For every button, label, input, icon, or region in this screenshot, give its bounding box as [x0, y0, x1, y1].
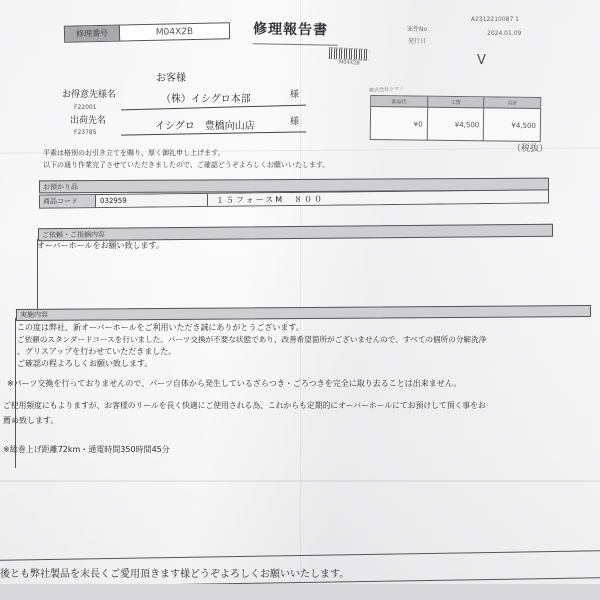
price-column-total: 合計 — [484, 97, 540, 108]
account-code: F22001 — [74, 104, 97, 111]
work-line-2: ご依頼のスタンダードコースを行いました。パーツ交換が不要な状態であり、改善希望箇… — [17, 334, 486, 345]
repair-number-value: M04X2B — [120, 23, 229, 40]
product-code-value: 032959 — [96, 194, 208, 207]
account-honorific: 様 — [290, 87, 299, 100]
ship-to-underline — [121, 131, 306, 135]
product-name: １５フォースM ８００ — [208, 190, 548, 206]
work-header: 実施内容 — [16, 305, 591, 321]
greeting-line-2: 以下の通り作業完了させていただきましたので、ご確認どうぞよろしくお願いいたします… — [43, 160, 329, 170]
price-column-parts: 部品代 — [371, 96, 428, 107]
product-code-label: 商品コード — [40, 195, 96, 208]
greeting-line-1: 平素は格別のお引き立てを賜り、厚く御礼申し上げます。 — [43, 148, 224, 158]
case-number-label: 案件No — [407, 24, 427, 33]
price-labor-value: ¥4,500 — [427, 108, 484, 142]
check-mark: V — [477, 53, 486, 68]
work-line-3: 、グリスアップを行わせていただきました。 — [17, 346, 176, 357]
ship-to-code: F23785 — [74, 129, 97, 136]
document-title: 修理報告書 — [253, 18, 338, 45]
price-parts-value: ¥0 — [371, 107, 428, 141]
case-number-value: A2312210087 1 — [471, 16, 519, 23]
footer-text: 後とも弊社製品を末長くご愛用頂きます様どうぞよろしくお願いいたします。 — [0, 565, 349, 580]
work-line-7: 薦め致します。 — [3, 415, 58, 426]
account-name: （株）イシグロ本部 — [161, 90, 251, 105]
paper-crease — [0, 480, 600, 482]
issue-date-value: 2024.01.09 — [487, 30, 521, 37]
issue-date-label: 発行日 — [408, 36, 426, 45]
price-table: 部品代 工賃 合計 ¥0 ¥4,500 ¥4,500 — [370, 95, 542, 142]
ship-to-label: 出荷先名 — [70, 113, 106, 126]
barcode-icon — [329, 47, 370, 61]
customer-heading: お客様 — [156, 69, 186, 84]
company-name: 株式会社シマノ — [369, 85, 404, 94]
ship-to-honorific: 様 — [290, 114, 299, 127]
request-header: ご依頼・ご指摘内容 — [38, 224, 553, 241]
repair-report-paper: 修理番号 M04X2B 修理報告書 M04X2B 案件No A231221008… — [0, 0, 600, 600]
work-line-1: この度は弊社、新オーバーホールをご利用いただき誠にありがとうございます。 — [17, 322, 304, 333]
work-line-4: ご確認の程よろしくお願い致します。 — [17, 358, 152, 369]
request-box-left — [37, 239, 38, 311]
price-total-value: ¥4,500 — [484, 108, 540, 142]
work-line-5: ※パーツ交換を行っておりませんので、パーツ自体から発生しているざらつき・ごろつき… — [7, 378, 461, 389]
price-column-labor: 工賃 — [428, 97, 485, 108]
account-underline — [121, 105, 306, 111]
account-label: お得意先様名 — [62, 87, 116, 100]
paper-crease — [300, 0, 301, 600]
ship-to-name: イシグロ 豊橋向山店 — [155, 117, 255, 132]
repair-number-box: 修理番号 M04X2B — [64, 22, 230, 42]
barcode-text: M04X2B — [339, 59, 360, 66]
work-line-6: ご使用頻度にもよりますが、お客様のリールを長く快適にご使用される為、これからも定… — [3, 400, 486, 411]
repair-number-label: 修理番号 — [65, 26, 120, 42]
tax-note: （税抜） — [512, 141, 548, 154]
footer-shaded-band — [0, 584, 600, 600]
request-text: オーバーホールをお願い致します。 — [37, 240, 164, 251]
work-line-8: ※総巻上げ距離72km・通電時間350時間45分 — [3, 444, 170, 455]
